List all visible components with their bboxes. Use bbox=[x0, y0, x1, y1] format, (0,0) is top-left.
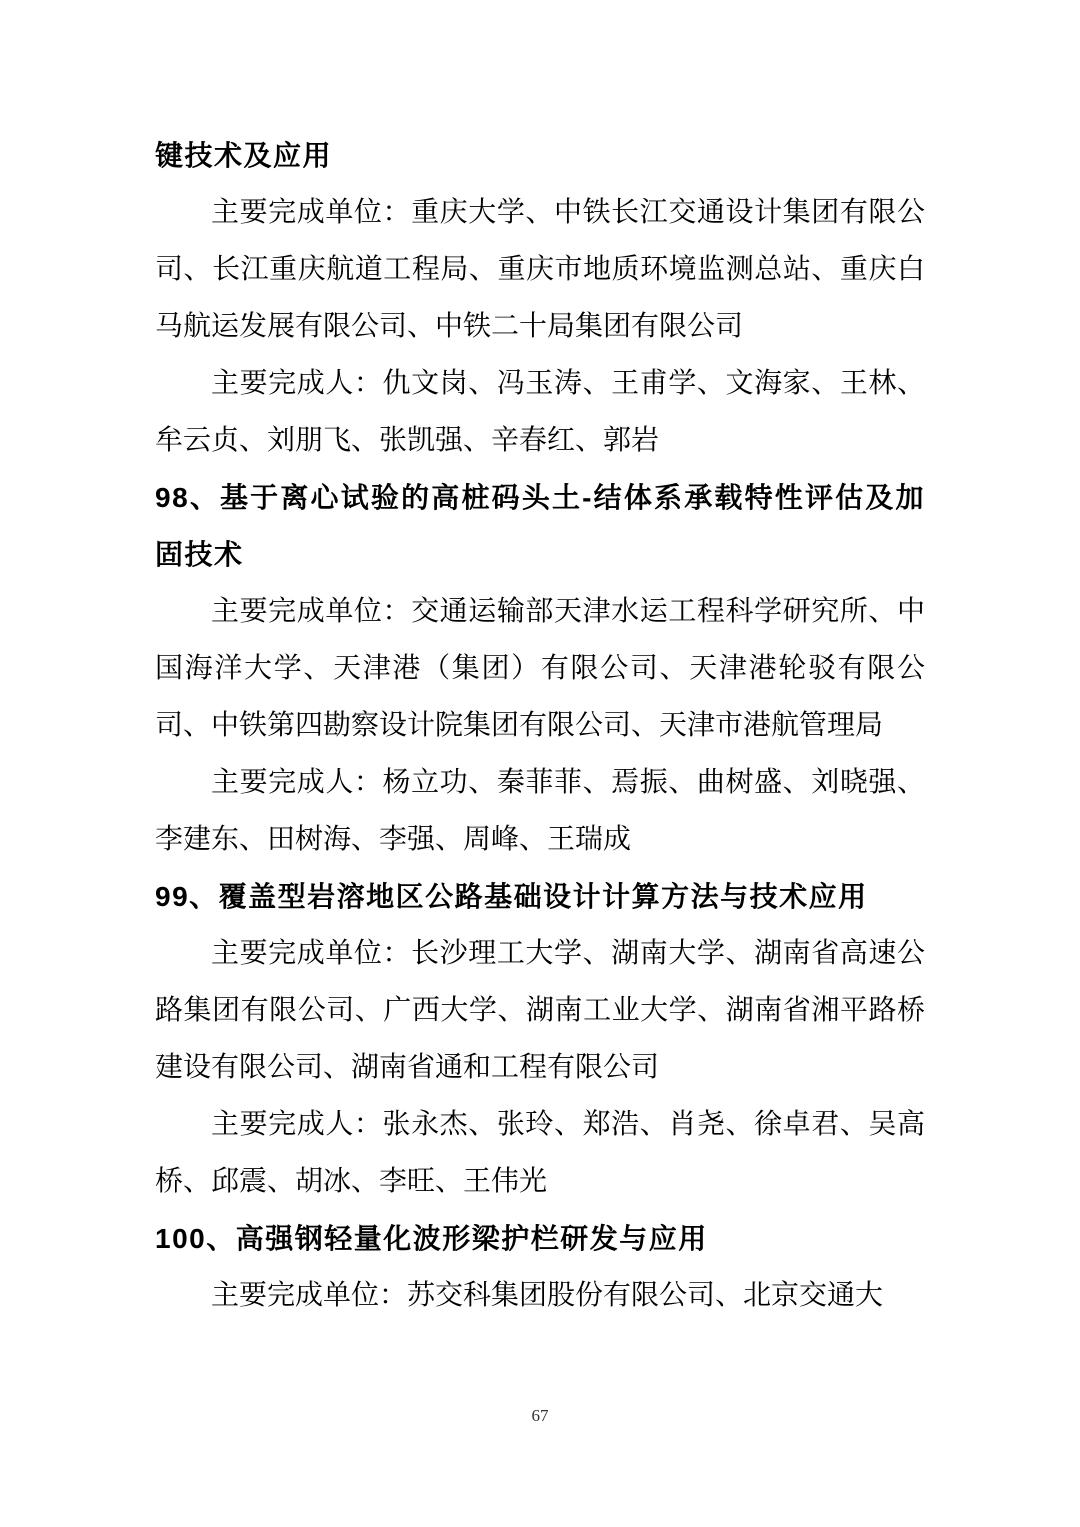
document-page: 键技术及应用 主要完成单位：重庆大学、中铁长江交通设计集团有限公司、长江重庆航道… bbox=[0, 0, 1080, 1527]
page-footer: 67 bbox=[0, 1406, 1080, 1426]
units-paragraph-97: 主要完成单位：重庆大学、中铁长江交通设计集团有限公司、长江重庆航道工程局、重庆市… bbox=[155, 184, 925, 355]
award-title-100: 100、高强钢轻量化波形梁护栏研发与应用 bbox=[155, 1210, 925, 1267]
contributors-paragraph-98: 主要完成人：杨立功、秦菲菲、焉振、曲树盛、刘晓强、李建东、田树海、李强、周峰、王… bbox=[155, 754, 925, 868]
units-paragraph-100: 主要完成单位：苏交科集团股份有限公司、北京交通大 bbox=[155, 1267, 925, 1324]
document-content: 键技术及应用 主要完成单位：重庆大学、中铁长江交通设计集团有限公司、长江重庆航道… bbox=[155, 127, 925, 1324]
units-paragraph-98: 主要完成单位：交通运输部天津水运工程科学研究所、中国海洋大学、天津港（集团）有限… bbox=[155, 583, 925, 754]
units-paragraph-99: 主要完成单位：长沙理工大学、湖南大学、湖南省高速公路集团有限公司、广西大学、湖南… bbox=[155, 925, 925, 1096]
contributors-paragraph-97: 主要完成人：仇文岗、冯玉涛、王甫学、文海家、王林、牟云贞、刘朋飞、张凯强、辛春红… bbox=[155, 355, 925, 469]
award-title-97-continuation: 键技术及应用 bbox=[155, 127, 925, 184]
contributors-paragraph-99: 主要完成人：张永杰、张玲、郑浩、肖尧、徐卓君、吴高桥、邱震、胡冰、李旺、王伟光 bbox=[155, 1096, 925, 1210]
award-title-98: 98、基于离心试验的高桩码头土-结体系承载特性评估及加固技术 bbox=[155, 469, 925, 583]
page-number: 67 bbox=[532, 1406, 549, 1425]
award-title-99: 99、覆盖型岩溶地区公路基础设计计算方法与技术应用 bbox=[155, 868, 925, 925]
